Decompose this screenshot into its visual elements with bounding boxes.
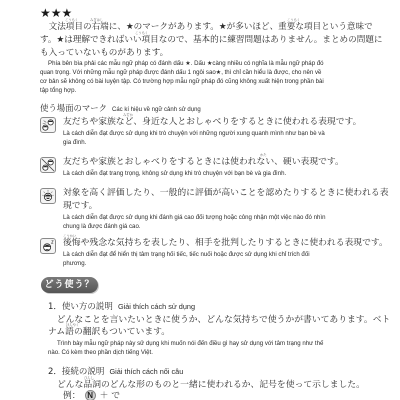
section-jp-line: どんなことを言いたいときに使うか、どんな気持ちで使うかが書いてあります。ベト (48, 314, 390, 326)
section-title-vi: Giải thích cách nối câu (109, 367, 183, 376)
usage-item-vi: chung là được đánh giá cao. (63, 222, 141, 231)
section-heading: 2．接続の説明Giải thích cách nối câu (48, 366, 183, 378)
usage-item-vi: Là cách diễn đạt trang trọng, không sử d… (63, 169, 286, 178)
section-number: 1． (48, 302, 62, 312)
friends-chatting-icon (40, 117, 56, 133)
usage-item-vi: phương. (63, 259, 86, 268)
usage-item-jp: 対象を高く評価したり、一般的に評価が高いことを認めたりするときに使われる表 (63, 187, 389, 199)
section-vi-line: nào. Có kèm theo phần dịch tiếng Việt. (48, 348, 153, 357)
usage-item-jp: 友だちや家族など、身近な人とおしゃべりをするときに使われる表現です。 (63, 116, 361, 128)
usage-item-vi: Là cách diễn đạt được sử dụng khi trò ch… (63, 129, 325, 138)
section-heading: 1．使い方の説明Giải thích cách sử dụng (48, 301, 195, 313)
intro-jp-line: 文法項目の右端に、★のマークがあります。★が多いほど、重要な項目という意味で (40, 20, 373, 34)
intro-vi-line: tập tổng hợp. (40, 86, 76, 95)
intro-jp-line: す。★は理解できればいい項目なので、基本的に練習問題はありません。まとめの問題に (40, 33, 383, 47)
intro-jp-line: も入っていないものがあります。 (40, 46, 168, 60)
section-vi-line: Trình bày mẫu ngữ pháp này sử dụng khi m… (57, 339, 323, 348)
noun-symbol-icon: N (85, 390, 96, 400)
example-rest: ＋ で (100, 391, 120, 400)
example-label: 例： (63, 391, 81, 400)
intro-vi-line: quan trọng. Với những mẫu ngữ pháp được … (40, 68, 321, 77)
regret-face-icon (40, 238, 56, 254)
intro-vi-line: Phía bên bìa phải các mẫu ngữ pháp có đá… (48, 59, 324, 68)
usage-marks-heading: 使う場面のマークCác kí hiệu về ngữ cảnh sử dụng (40, 102, 201, 116)
section-jp-line: ナム語の翻訳もついています。 (48, 326, 170, 338)
usage-item-jp: 後悔や残念な気持ちを表したり、相手を批判したりするときに使われる表現です。 (63, 237, 388, 249)
how-to-use-badge: どう使う？ (41, 277, 98, 293)
example-line: 例：N＋ で (63, 390, 120, 400)
usage-item-jp: 友だちや家族とおしゃべりをするときには使われない、硬い表現です。 (63, 156, 344, 168)
usage-item-vi: Là cách diễn đạt để hiển thị tâm trạng h… (63, 250, 310, 259)
usage-marks-heading-jp: 使う場面のマーク (40, 103, 107, 113)
document-page: ★★★ こうもく みぎはし こうもく こうもく 文法項目の右端に、★のマークがあ… (0, 0, 400, 400)
intro-vi-line: cơ bản sẽ không có bài luyện tập. Có trư… (40, 77, 324, 86)
praise-face-icon (40, 188, 56, 204)
section-title-vi: Giải thích cách sử dụng (118, 302, 195, 311)
no-casual-chat-icon (40, 157, 56, 173)
section-number: 2． (48, 367, 62, 377)
usage-item-jp: 現です。 (63, 200, 97, 212)
section-title-jp: 使い方の説明 (62, 302, 113, 312)
usage-item-vi: Là cách diễn đạt được sử dụng khi đánh g… (63, 213, 325, 222)
usage-item-vi: gia đình. (63, 138, 86, 147)
